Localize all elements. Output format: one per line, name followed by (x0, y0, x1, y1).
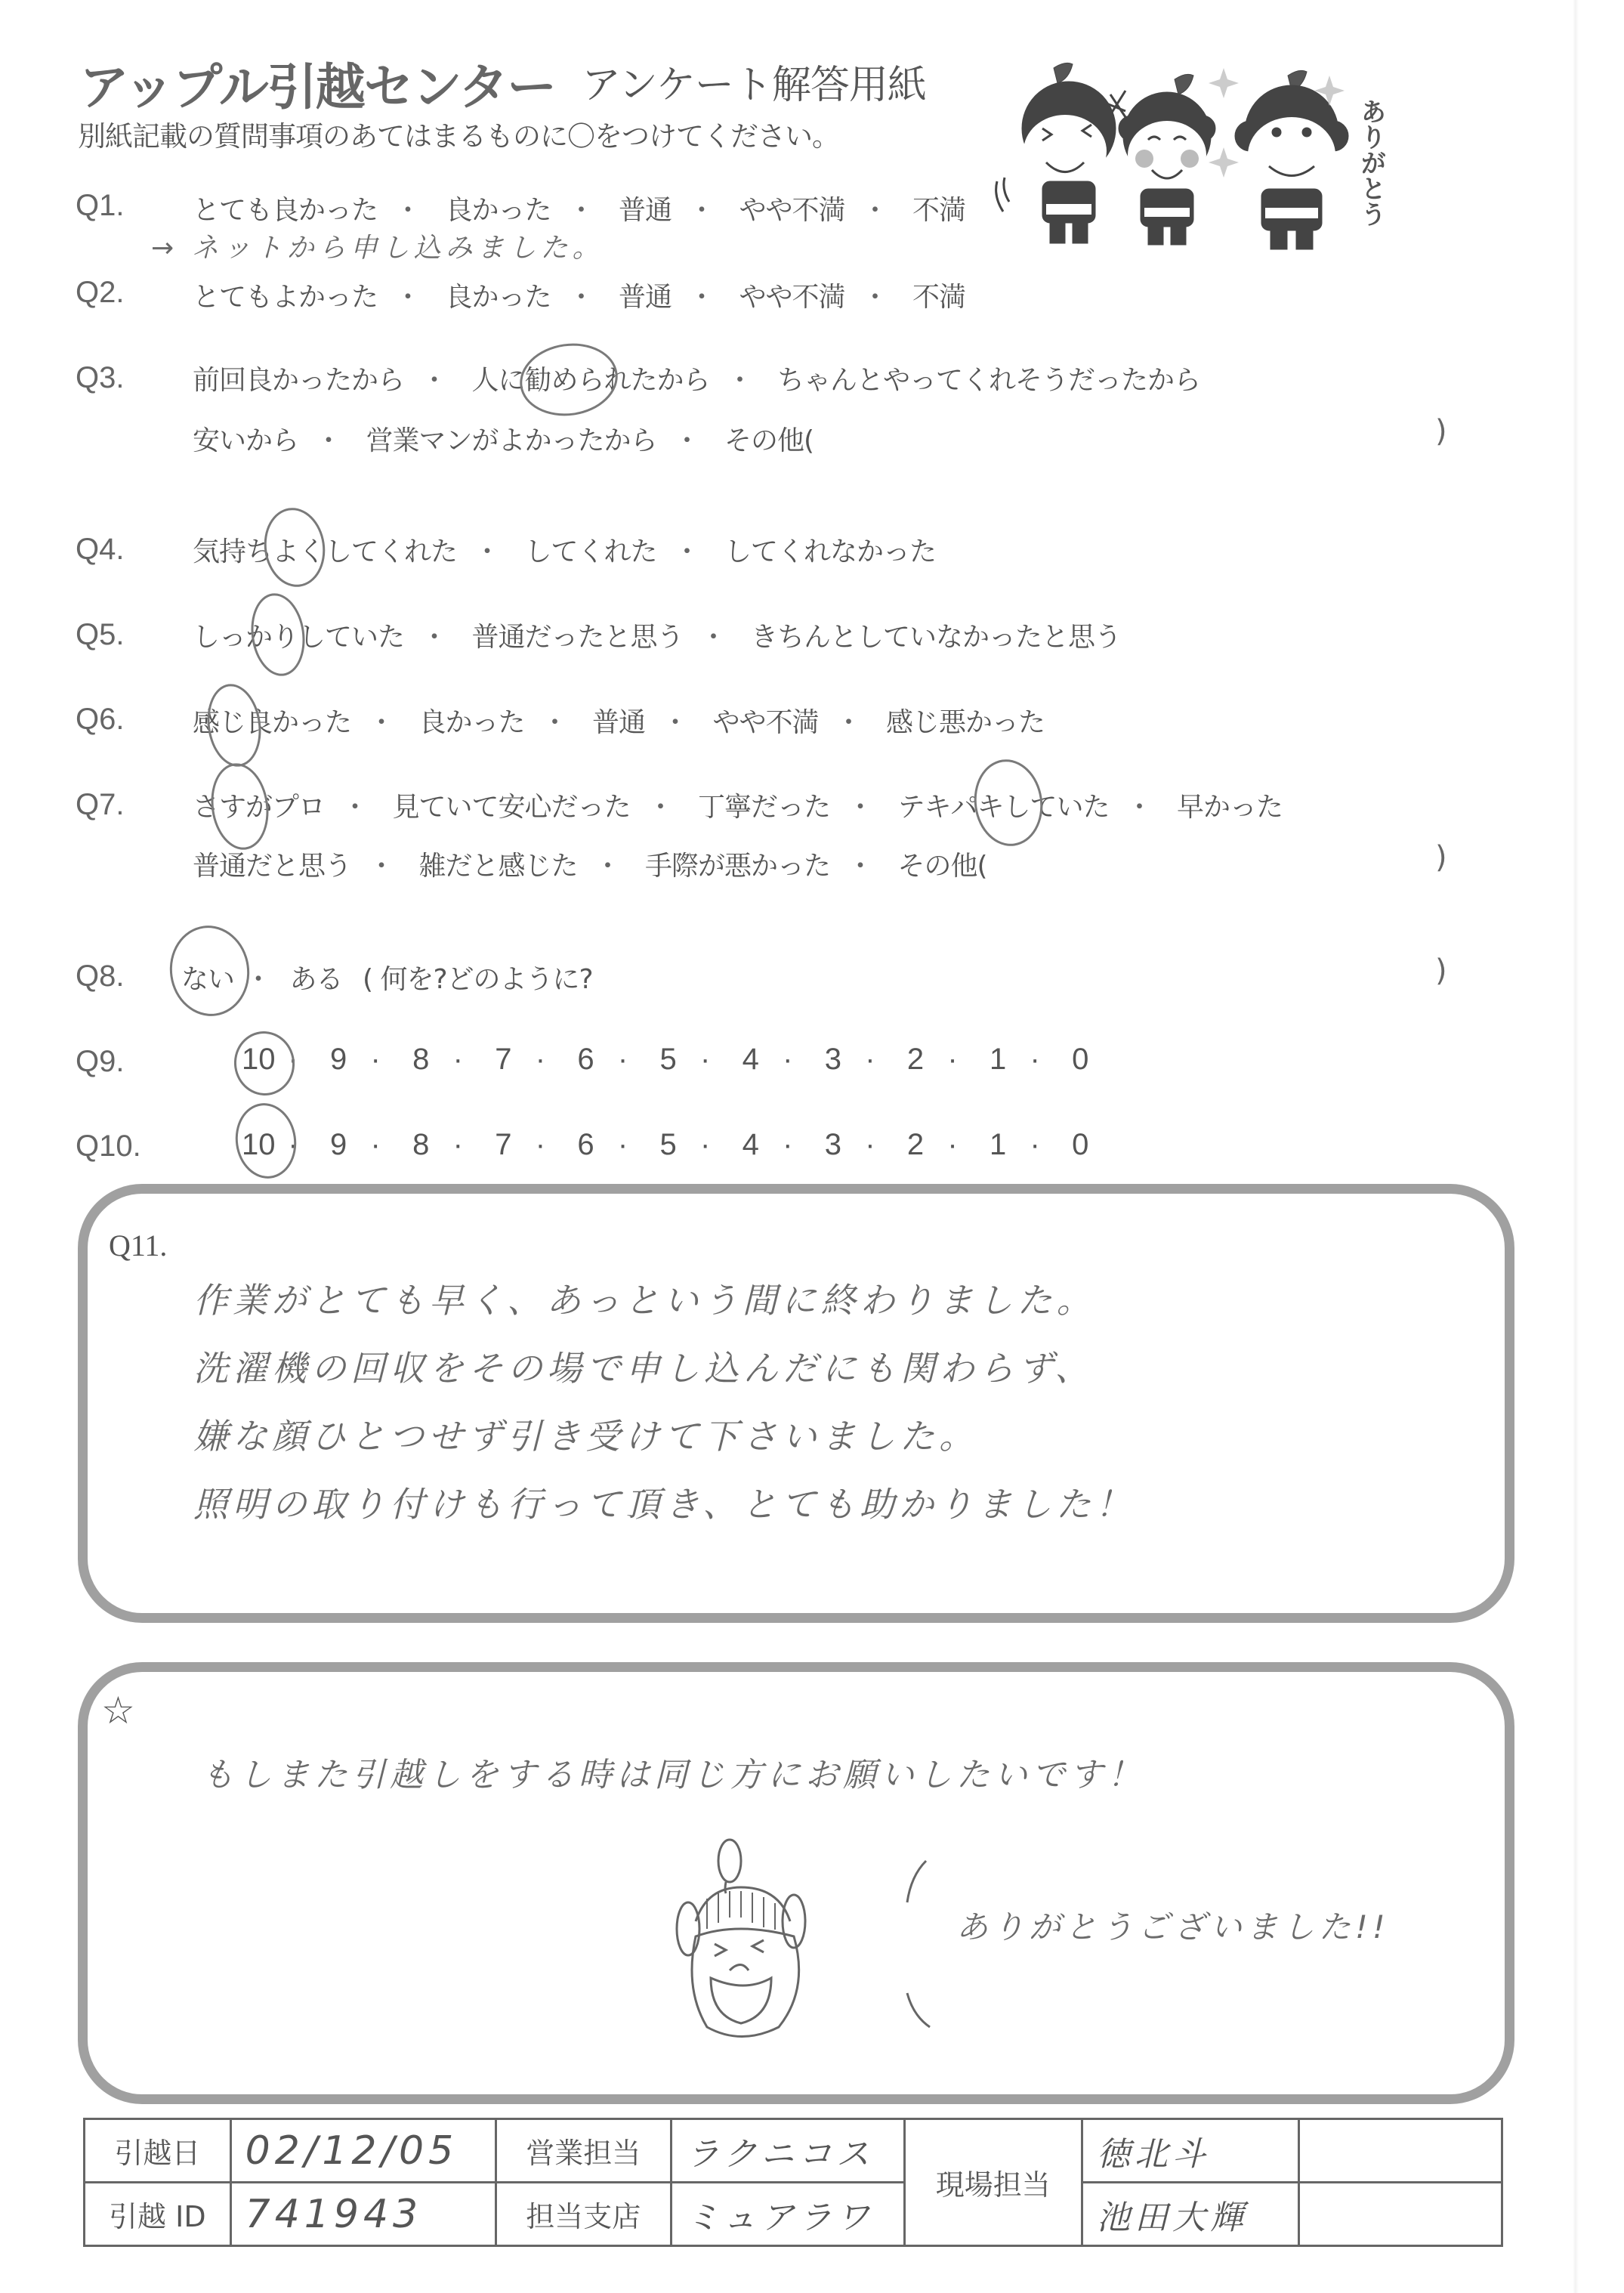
q11-comment-line: 作業がとても早く、あっという間に終わりました。 (193, 1273, 1096, 1323)
move-id-label: 引越 ID (85, 2183, 231, 2246)
q6-option[interactable]: 普通 (592, 701, 645, 740)
q9-score[interactable]: 6 (572, 1043, 601, 1077)
q6-option[interactable]: 良かった (418, 701, 524, 740)
form-title: アンケート解答用紙 (582, 53, 926, 110)
q10-score[interactable]: 6 (572, 1128, 601, 1162)
q1-handwritten-note: → ネットから申し込みました。 (151, 227, 604, 265)
move-info-table: 引越日 02/12/05 営業担当 ラクニコス 現場担当 徳北斗 引越 ID 7… (83, 2118, 1503, 2247)
q10-score[interactable]: 3 (819, 1128, 848, 1162)
q10-score[interactable]: 2 (901, 1128, 930, 1162)
q3-selection-circle (515, 337, 622, 422)
q1-option[interactable]: やや不満 (739, 189, 844, 227)
speech-text: ありがとうございました!! (956, 1902, 1390, 1948)
q5-options: しっかりしていた・ 普通だったと思う・ きちんとしていなかったと思う (193, 616, 1121, 654)
q1-option[interactable]: 不満 (912, 189, 965, 227)
q8-prompt: ( 何を?どのように? (363, 958, 593, 997)
q7-option[interactable]: 手際が悪かった (645, 845, 830, 883)
q10-label: Q10. (76, 1130, 141, 1163)
mascot-caption: ありがとう (1356, 98, 1386, 227)
q6-selection-circle (202, 681, 267, 771)
q9-label: Q9. (76, 1045, 124, 1079)
q9-score[interactable]: 3 (819, 1043, 848, 1077)
q6-option[interactable]: 感じ悪かった (886, 701, 1045, 740)
q2-option[interactable]: とてもよかった (193, 276, 378, 314)
q6-option[interactable]: やや不満 (712, 701, 818, 740)
q11-comment-line: 嫌な顔ひとつせず引き受けて下さいました。 (193, 1409, 978, 1459)
q3-option[interactable]: 営業マンがよかったから (366, 419, 656, 458)
sales-rep-value[interactable]: ラクニコス (672, 2119, 904, 2183)
mascot-blush-icon (1103, 74, 1215, 245)
q7-option[interactable]: 普通だと思う (193, 845, 351, 883)
free-comment-box[interactable]: ☆ もしまた引越しをする時は同じ方にお願いしたいです！ ありがとうございました!… (78, 1662, 1514, 2104)
q8-selection-circle (164, 920, 255, 1021)
q8-paren-close: ) (1435, 953, 1447, 988)
q11-comment-box[interactable]: Q11. 作業がとても早く、あっという間に終わりました。 洗濯機の回収をその場で… (78, 1184, 1514, 1623)
q5-selection-circle (246, 590, 310, 680)
company-title: アップル引越センター (79, 47, 555, 119)
q2-label: Q2. (76, 276, 124, 310)
branch-label: 担当支店 (496, 2183, 672, 2246)
q10-score[interactable]: 1 (983, 1128, 1012, 1162)
field-staff-extra-1[interactable] (1298, 2119, 1502, 2183)
field-staff-value-2[interactable]: 池田大輝 (1082, 2183, 1299, 2246)
scan-edge (1511, 0, 1624, 2293)
q9-score[interactable]: 1 (983, 1043, 1012, 1077)
q9-score[interactable]: 5 (654, 1043, 683, 1077)
q3-option-other[interactable]: その他( (724, 419, 814, 458)
q9-score[interactable]: 8 (406, 1043, 435, 1077)
q2-option[interactable]: 不満 (912, 276, 965, 314)
q4-selection-circle (259, 504, 330, 591)
q10-score[interactable]: 8 (406, 1128, 435, 1162)
q7-paren-close: ) (1435, 840, 1447, 875)
q2-option[interactable]: 普通 (619, 276, 672, 314)
q2-options: とてもよかった・ 良かった・ 普通・ やや不満・ 不満 (193, 276, 965, 314)
free-comment-line: もしまた引越しをする時は同じ方にお願いしたいです！ (201, 1748, 1145, 1796)
q10-score[interactable]: 7 (489, 1128, 517, 1162)
q9-score[interactable]: 9 (324, 1043, 353, 1077)
instruction-text: 別紙記載の質問事項のあてはまるものに〇をつけてください。 (78, 113, 839, 154)
q7-option-other[interactable]: その他( (897, 845, 986, 883)
q10-score[interactable]: 9 (324, 1128, 353, 1162)
q7-selection-circle-2 (968, 755, 1048, 850)
sales-rep-label: 営業担当 (496, 2119, 672, 2183)
q6-options: 感じ良かった・ 良かった・ 普通・ やや不満・ 感じ悪かった (193, 701, 1045, 740)
q3-option[interactable]: ちゃんとやってくれそうだったから (777, 359, 1200, 397)
q1-option[interactable]: とても良かった (193, 189, 378, 227)
q2-option[interactable]: やや不満 (739, 276, 844, 314)
mascot-illustration: ありがとう (990, 45, 1518, 272)
q4-label: Q4. (76, 533, 124, 567)
q10-score[interactable]: 0 (1066, 1128, 1095, 1162)
q7-selection-circle-1 (205, 759, 273, 853)
q1-label: Q1. (76, 189, 124, 223)
q3-label: Q3. (76, 361, 124, 395)
q9-score[interactable]: 0 (1066, 1043, 1095, 1077)
q9-scale: 10· 9· 8· 7· 6· 5· 4· 3· 2· 1· 0 (242, 1043, 1095, 1077)
q9-selection-circle (230, 1028, 298, 1099)
q8-option[interactable]: ある (289, 958, 342, 997)
q5-label: Q5. (76, 618, 124, 652)
q1-option[interactable]: 良かった (445, 189, 551, 227)
drawn-mascot-icon (662, 1838, 858, 2042)
move-date-label: 引越日 (85, 2119, 231, 2183)
q9-score[interactable]: 4 (736, 1043, 765, 1077)
q7-option[interactable]: 早かった (1177, 786, 1283, 824)
star-icon: ☆ (101, 1689, 135, 1732)
mascot-wink-icon (996, 63, 1116, 243)
q7-options-line2: 普通だと思う・ 雑だと感じた・ 手際が悪かった・ その他( (193, 845, 987, 883)
q10-selection-circle (230, 1099, 301, 1182)
q7-option[interactable]: 見ていて安心だった (392, 786, 630, 824)
q1-options: とても良かった・ 良かった・ 普通・ やや不満・ 不満 (193, 189, 965, 227)
q10-score[interactable]: 5 (654, 1128, 683, 1162)
q3-option[interactable]: 安いから (193, 419, 298, 458)
q3-options: 前回良かったから・ 人に勧められたから・ ちゃんとやってくれそうだったから (193, 359, 1200, 397)
q9-score[interactable]: 7 (489, 1043, 517, 1077)
q8-label: Q8. (76, 960, 124, 994)
q3-paren-close: ) (1435, 414, 1447, 449)
q6-label: Q6. (76, 703, 124, 737)
field-staff-value-1[interactable]: 徳北斗 (1082, 2119, 1299, 2183)
q11-label: Q11. (109, 1228, 167, 1263)
q4-option[interactable]: してくれた (524, 530, 656, 569)
q7-option[interactable]: 丁寧だった (698, 786, 830, 824)
q10-score[interactable]: 4 (736, 1128, 765, 1162)
q7-label: Q7. (76, 788, 124, 822)
q4-option[interactable]: してくれなかった (724, 530, 936, 569)
q7-option[interactable]: 雑だと感じた (418, 845, 577, 883)
q5-option[interactable]: きちんとしていなかったと思う (751, 616, 1121, 654)
mascot-smile-icon (1209, 68, 1348, 249)
q5-option[interactable]: 普通だったと思う (471, 616, 683, 654)
speech-bubble-mark (903, 1857, 934, 2031)
move-id-value[interactable]: 741943 (230, 2183, 496, 2246)
branch-value[interactable]: ミュアラワ (672, 2183, 904, 2246)
q10-scale: 10· 9· 8· 7· 6· 5· 4· 3· 2· 1· 0 (242, 1128, 1095, 1162)
q1-option[interactable]: 普通 (619, 189, 672, 227)
q9-score[interactable]: 2 (901, 1043, 930, 1077)
q11-comment-line: 洗濯機の回収をその場で申し込んだにも関わらず、 (193, 1341, 1094, 1391)
move-date-value[interactable]: 02/12/05 (230, 2119, 496, 2183)
q3-options-line2: 安いから・ 営業マンがよかったから・ その他( (193, 419, 814, 458)
q3-option[interactable]: 前回良かったから (193, 359, 404, 397)
field-staff-extra-2[interactable] (1298, 2183, 1502, 2246)
field-staff-label: 現場担当 (904, 2119, 1082, 2246)
q7-options: さすがプロ・ 見ていて安心だった・ 丁寧だった・ テキパキしていた・ 早かった (193, 786, 1283, 824)
q2-option[interactable]: 良かった (445, 276, 551, 314)
q11-comment-line: 照明の取り付けも行って頂き、とても助かりました！ (193, 1477, 1135, 1527)
